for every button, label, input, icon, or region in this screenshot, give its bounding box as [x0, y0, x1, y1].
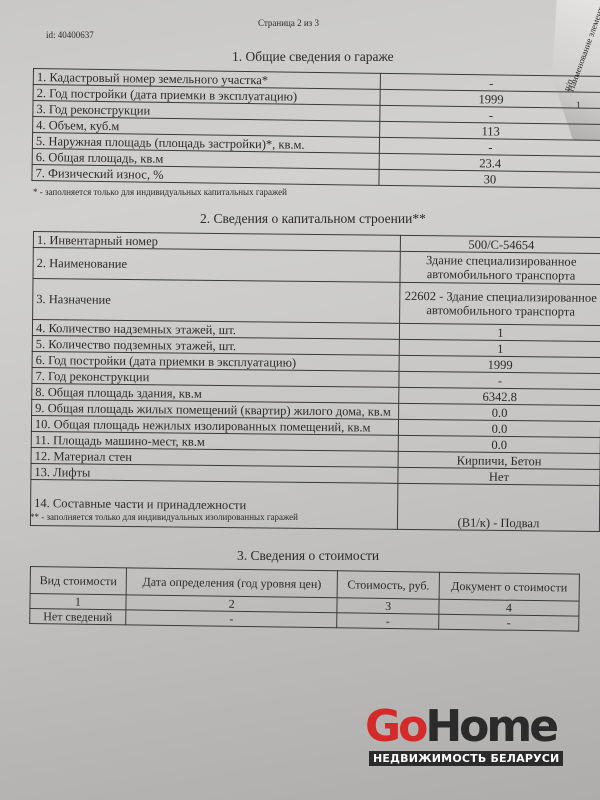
- section2-title: 2. Сведения о капитальном строении**: [200, 211, 426, 227]
- gohome-watermark: GoHome НЕДВИЖИМОСТЬ БЕЛАРУСИ: [365, 705, 563, 767]
- section1-title: 1. Общие сведения о гараже: [232, 49, 394, 65]
- table-cell: -: [439, 614, 579, 631]
- column-header: Документ о стоимости: [439, 572, 579, 601]
- capital-structure-table: 1. Инвентарный номер500/С-546542. Наимен…: [30, 231, 600, 532]
- column-header: Дата определения (год уровня цен): [126, 568, 338, 598]
- row-value: 22602 - Здание специализированное автомо…: [400, 282, 600, 325]
- document-id: id: 40400637: [46, 30, 94, 40]
- row-label: 3. Назначение: [33, 279, 400, 324]
- row-value: Здание специализированное автомобильного…: [400, 251, 600, 284]
- brand-logo: GoHome: [365, 705, 563, 749]
- document-page: Наименование элемент п/п 1 Страница 2 из…: [0, 0, 600, 800]
- table-cell: -: [126, 610, 338, 628]
- brand-tagline: НЕДВИЖИМОСТЬ БЕЛАРУСИ: [369, 751, 563, 766]
- row-label: 2. Наименование: [33, 248, 400, 283]
- cost-table: Вид стоимостиДата определения (год уровн…: [29, 566, 580, 632]
- garage-info-table: 1. Кадастровый номер земельного участка*…: [31, 68, 600, 189]
- row-value: (В1/к) - Подвал: [397, 483, 599, 531]
- column-header: Стоимость, руб.: [338, 571, 440, 599]
- section3-title: 3. Сведения о стоимости: [237, 548, 379, 564]
- section2-footnote: ** - заполняется только для индивидуальн…: [30, 512, 298, 522]
- column-header: Вид стоимости: [30, 567, 126, 595]
- section1-footnote: * - заполняется только для индивидуальны…: [33, 187, 287, 197]
- table-cell: -: [337, 613, 439, 629]
- page-number: Страница 2 из 3: [258, 18, 319, 28]
- table-row: 3. Назначение22602 - Здание специализиро…: [33, 279, 600, 326]
- column-number: 1: [30, 594, 126, 610]
- table-row: 14. Составные части и принадлежности(В1/…: [30, 479, 599, 531]
- row-value: 30: [379, 169, 600, 188]
- table-cell: Нет сведений: [30, 609, 126, 625]
- column-number: 3: [337, 598, 439, 614]
